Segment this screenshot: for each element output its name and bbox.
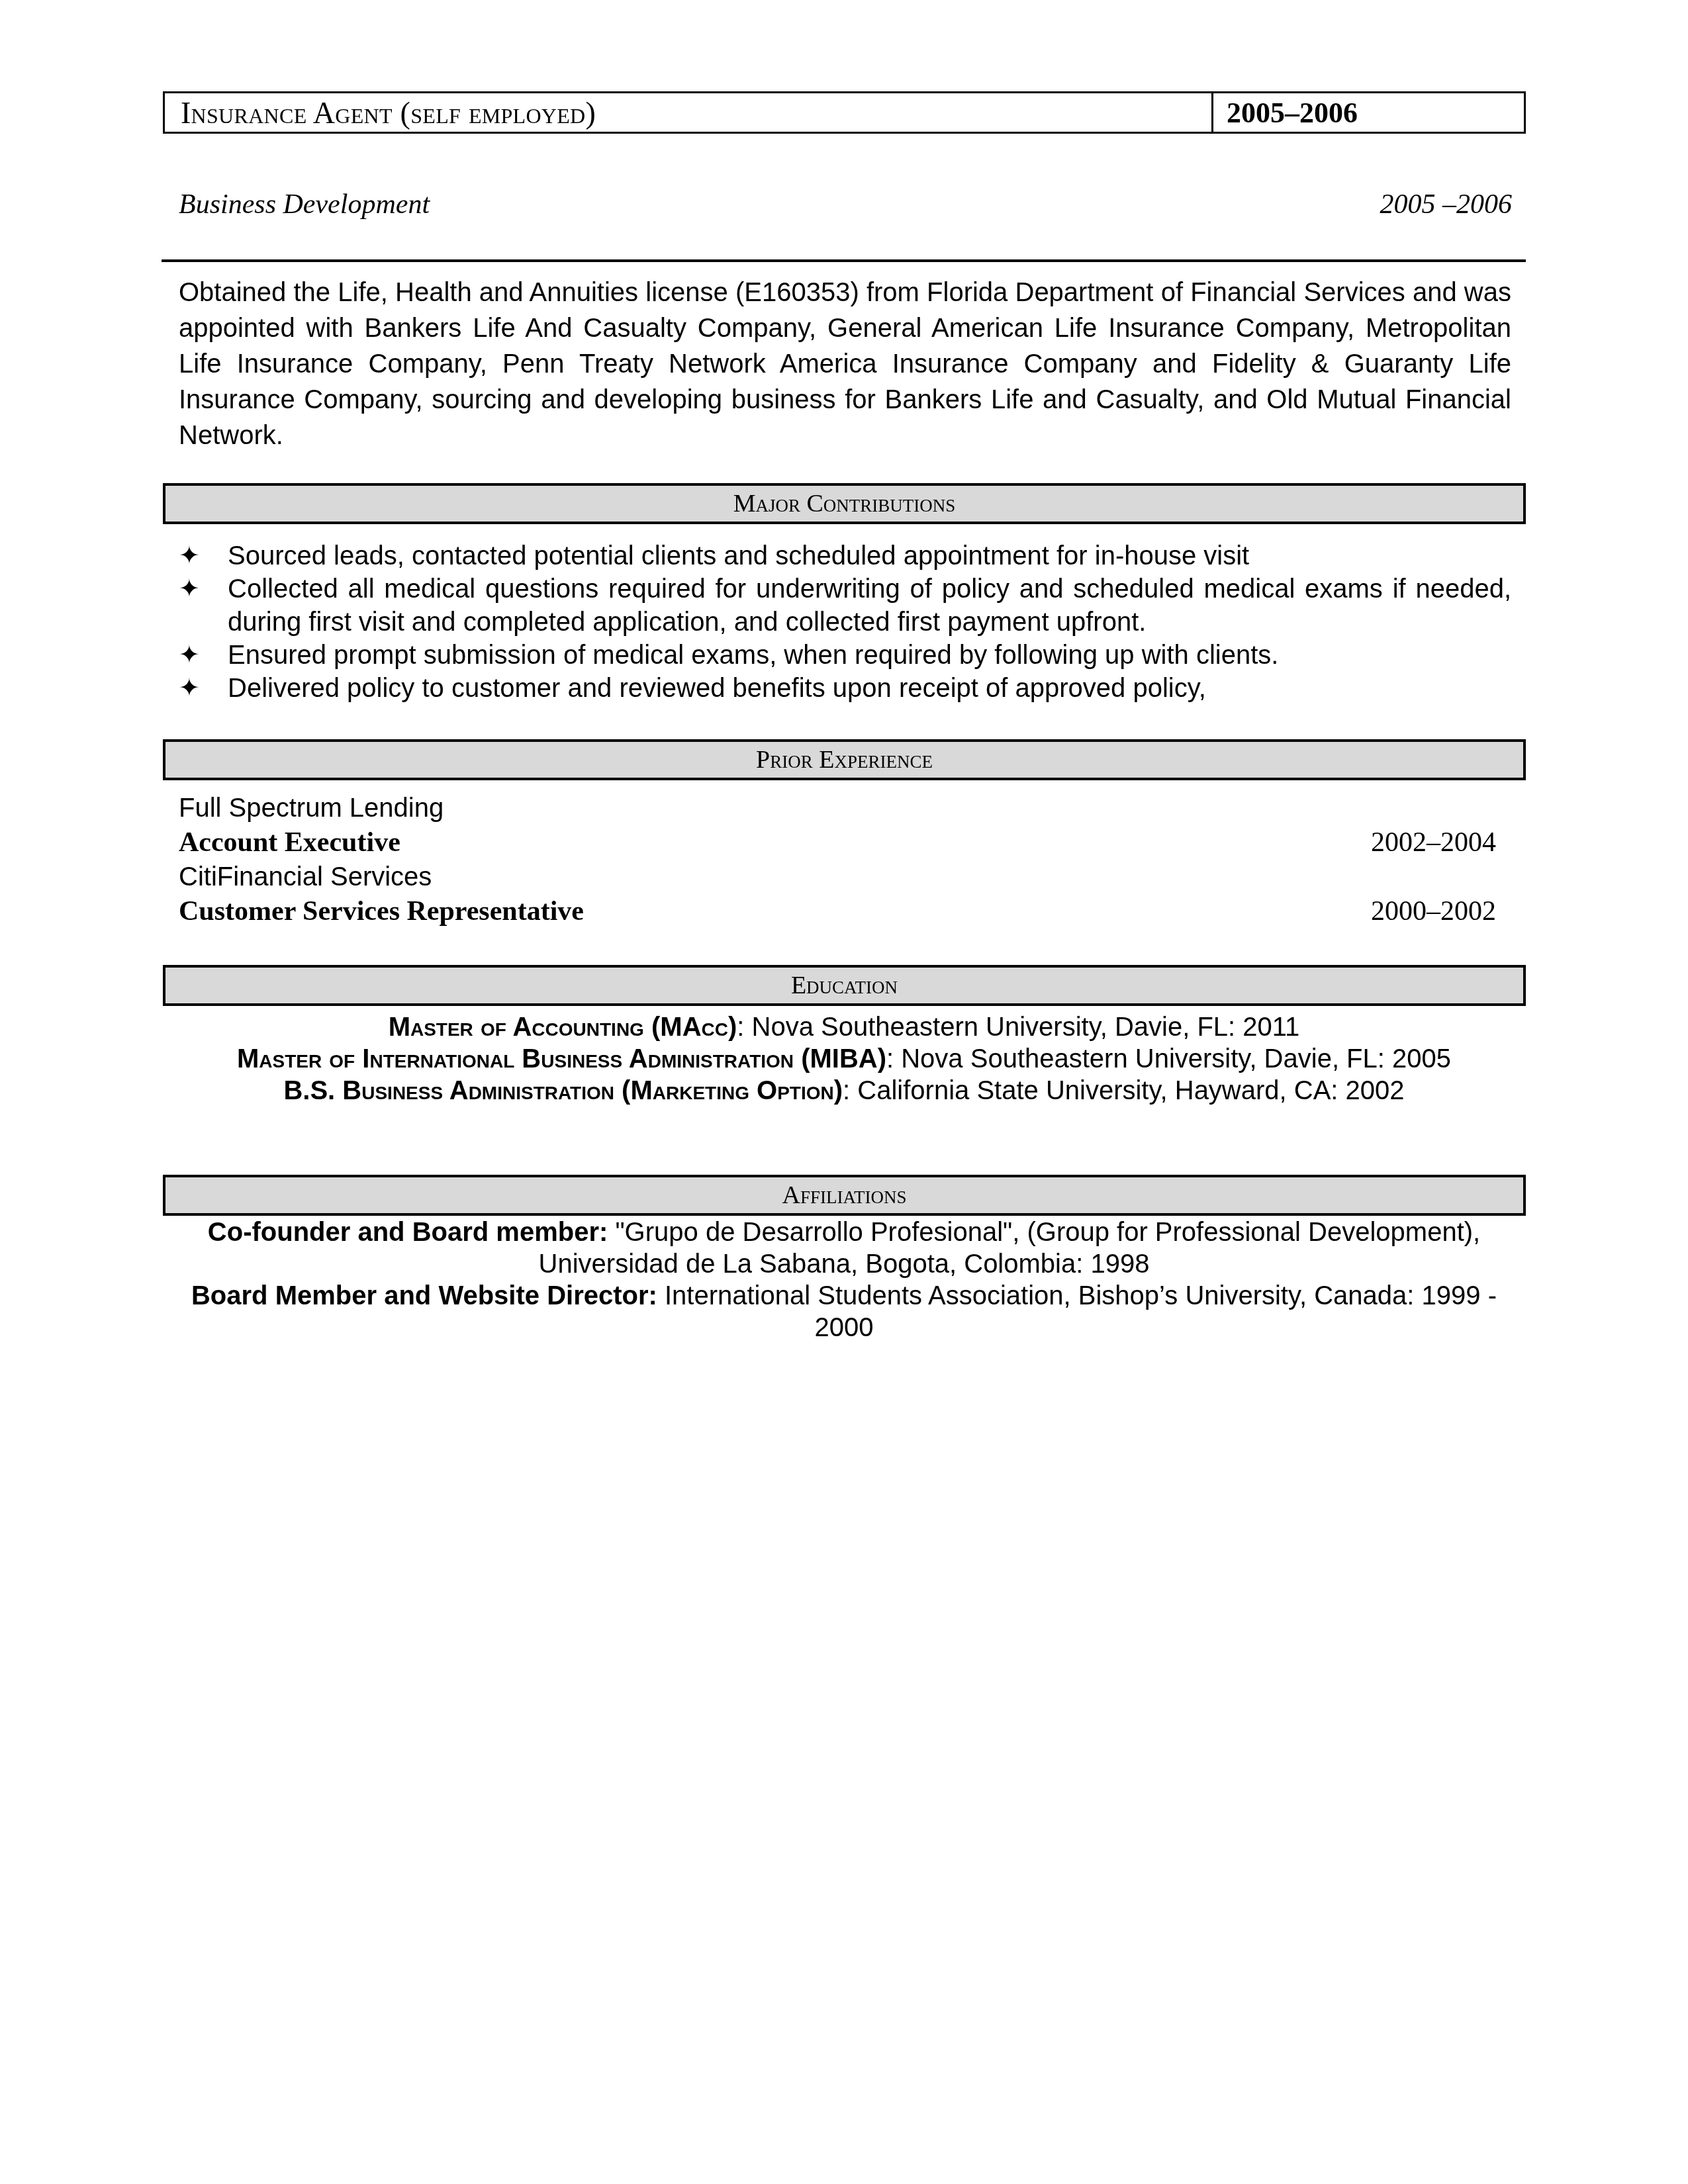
section-title: Education (791, 971, 898, 1000)
section-title: Affiliations (782, 1181, 907, 1210)
list-item: ✦Collected all medical questions require… (179, 572, 1511, 639)
education-entry: Master of Accounting (MAcc): Nova Southe… (199, 1011, 1489, 1043)
position-row: Account Executive 2002–2004 (179, 825, 1496, 860)
section-header-affiliations: Affiliations (163, 1175, 1526, 1216)
affiliation-detail: International Students Association, Bish… (657, 1281, 1497, 1342)
four-pointed-star-icon: ✦ (179, 639, 200, 672)
divider (162, 259, 1526, 262)
list-item: ✦Ensured prompt submission of medical ex… (179, 639, 1511, 672)
degree-name: B.S. Business Administration (Marketing … (283, 1076, 843, 1105)
role-title: Business Development (179, 189, 430, 220)
company-name: Full Spectrum Lending (179, 794, 444, 823)
job-header-box: Insurance Agent (self employed) 2005–200… (163, 91, 1526, 134)
four-pointed-star-icon: ✦ (179, 539, 200, 572)
list-item: ✦Delivered policy to customer and review… (179, 672, 1511, 705)
contributions-list: ✦Sourced leads, contacted potential clie… (179, 539, 1511, 705)
section-header-prior-experience: Prior Experience (163, 739, 1526, 780)
education-entry: B.S. Business Administration (Marketing … (199, 1075, 1489, 1107)
affiliation-role: Board Member and Website Director: (191, 1281, 657, 1310)
position-title: Account Executive (179, 827, 400, 858)
degree-name: Master of International Business Adminis… (237, 1044, 886, 1073)
section-title: Major Contributions (733, 489, 956, 518)
degree-detail: : Nova Southeastern University, Davie, F… (737, 1013, 1299, 1042)
company-row: Full Spectrum Lending (179, 791, 1496, 825)
four-pointed-star-icon: ✦ (179, 672, 200, 705)
list-item: ✦Sourced leads, contacted potential clie… (179, 539, 1511, 572)
degree-name: Master of Accounting (MAcc) (389, 1013, 737, 1042)
job-title: Insurance Agent (self employed) (181, 95, 596, 130)
section-header-major-contributions: Major Contributions (163, 483, 1526, 524)
four-pointed-star-icon: ✦ (179, 572, 200, 606)
education-list: Master of Accounting (MAcc): Nova Southe… (199, 1011, 1489, 1107)
affiliation-detail: "Grupo de Desarrollo Profesional", (Grou… (539, 1218, 1481, 1279)
job-title-cell: Insurance Agent (self employed) (165, 93, 1213, 132)
section-header-education: Education (163, 965, 1526, 1006)
position-dates: 2000–2002 (1371, 895, 1496, 927)
prior-experience-list: Full Spectrum Lending Account Executive … (179, 791, 1496, 929)
job-dates-cell: 2005–2006 (1213, 93, 1524, 132)
affiliation-entry: Co-founder and Board member: "Grupo de D… (172, 1216, 1516, 1280)
degree-detail: : California State University, Hayward, … (843, 1076, 1405, 1105)
degree-detail: : Nova Southeastern University, Davie, F… (886, 1044, 1451, 1073)
role-dates: 2005 –2006 (1380, 189, 1513, 220)
company-row: CitiFinancial Services (179, 860, 1496, 894)
job-dates: 2005–2006 (1227, 96, 1358, 130)
education-entry: Master of International Business Adminis… (199, 1043, 1489, 1075)
position-dates: 2002–2004 (1371, 827, 1496, 858)
position-row: Customer Services Representative 2000–20… (179, 894, 1496, 929)
affiliation-entry: Board Member and Website Director: Inter… (172, 1280, 1516, 1343)
company-name: CitiFinancial Services (179, 862, 432, 892)
affiliations-list: Co-founder and Board member: "Grupo de D… (172, 1216, 1516, 1343)
role-summary: Obtained the Life, Health and Annuities … (179, 275, 1511, 453)
section-title: Prior Experience (756, 745, 933, 774)
position-title: Customer Services Representative (179, 895, 584, 927)
affiliation-role: Co-founder and Board member: (208, 1218, 608, 1247)
